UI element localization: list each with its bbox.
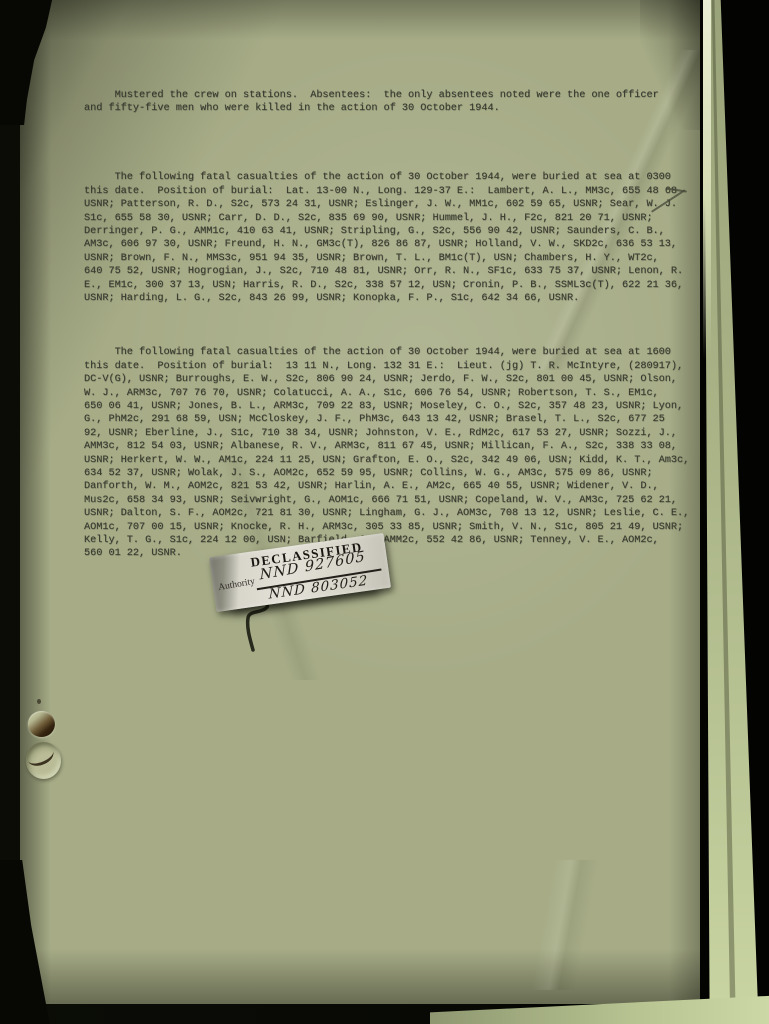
page-edge-highlight — [703, 0, 711, 360]
paper-crease — [400, 860, 720, 990]
stamp-authority-label: Authority — [218, 577, 256, 593]
paragraph-muster: Mustered the crew on stations. Absentees… — [84, 89, 716, 116]
photo-background: Mustered the crew on stations. Absentees… — [0, 0, 769, 1024]
paragraph-burial-1600: The following fatal casualties of the ac… — [84, 346, 716, 561]
typewritten-text: Mustered the crew on stations. Absentees… — [84, 62, 716, 588]
punch-hole-top — [28, 711, 55, 737]
paper-speck — [37, 699, 41, 704]
paragraph-burial-0300: The following fatal casualties of the ac… — [84, 171, 716, 305]
